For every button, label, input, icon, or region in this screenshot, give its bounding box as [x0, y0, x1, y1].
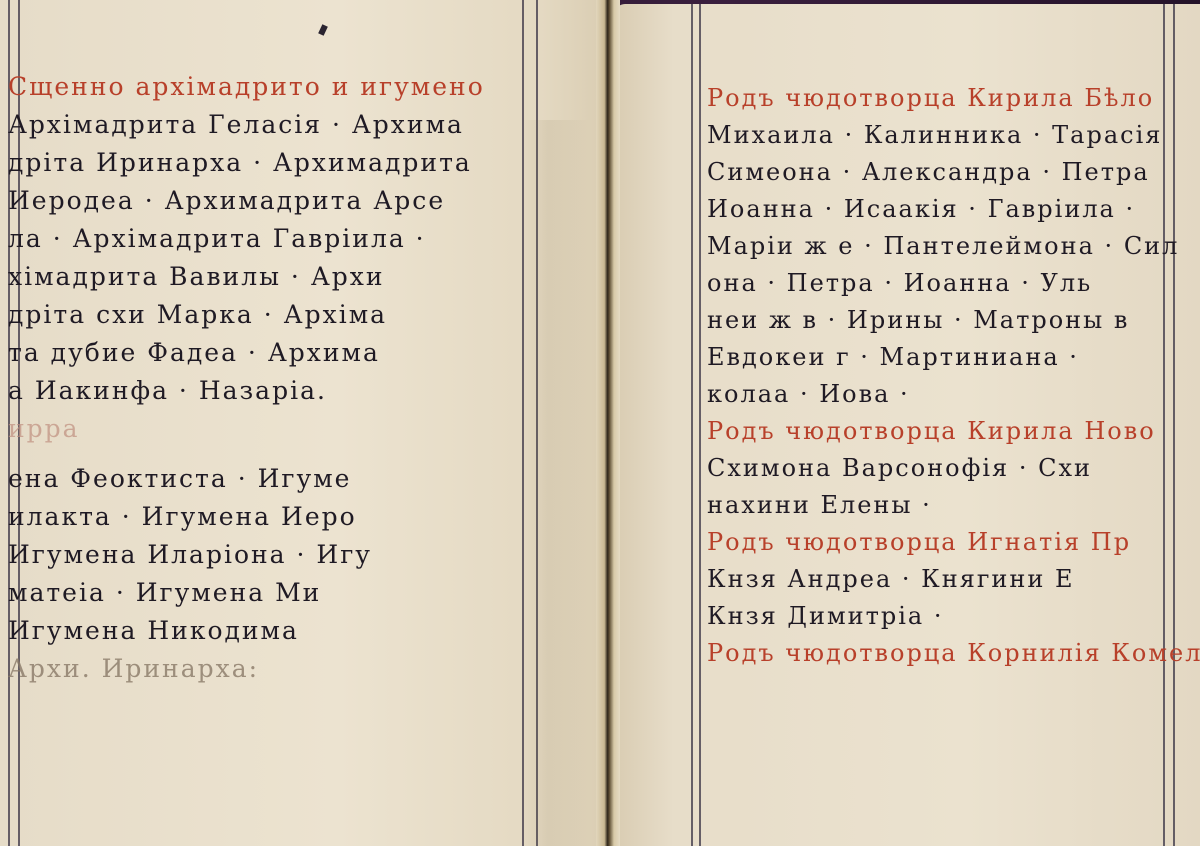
text-line: хімадрита Вавилы · Архи [8, 258, 518, 296]
text-line: Схимона Варсонофія · Схи [707, 450, 1200, 487]
left-margin-rule [691, 4, 693, 846]
text-line: нахини Елены · [707, 487, 1200, 524]
text-line: Евдокеи г · Мартиниана · [707, 339, 1200, 376]
text-line: матеіа · Игумена Ми [8, 574, 518, 612]
text-line: ена Феоктиста · Игуме [8, 460, 518, 498]
text-line: Михаила · Калинника · Тарасія [707, 117, 1200, 154]
text-line: та дубие Фадеа · Архима [8, 334, 518, 372]
text-line: Иеродеа · Архимадрита Арсе [8, 182, 518, 220]
rubric-line: Родъ чюдотворца Кирила Бѣло [707, 80, 1200, 117]
right-page-text: Родъ чюдотворца Кирила БѣлоМихаила · Кал… [707, 80, 1200, 672]
text-line: Симеона · Александра · Петра [707, 154, 1200, 191]
rubric-line: Сщенно архімадрито и игумено [8, 68, 518, 106]
ink-blot [318, 24, 328, 36]
left-margin-rule-inner [699, 4, 701, 846]
text-line: Игумена Никодима [8, 612, 518, 650]
text-line: Кнзя Димитріа · [707, 598, 1200, 635]
book-spine-gutter [596, 0, 620, 846]
right-manuscript-page: Родъ чюдотворца Кирила БѣлоМихаила · Кал… [615, 4, 1200, 846]
text-line: а Иакинфа · Назаріа. [8, 372, 518, 410]
text-line: Архімадрита Геласія · Архима [8, 106, 518, 144]
text-line: Маріи ж е · Пантелеймона · Сил [707, 228, 1200, 265]
text-line: илакта · Игумена Иеро [8, 498, 518, 536]
rubric-line: Родъ чюдотворца Кирила Ново [707, 413, 1200, 450]
text-line: ирра [8, 410, 518, 448]
text-line: дріта Иринарха · Архимадрита [8, 144, 518, 182]
left-page-text: Сщенно архімадрито и игуменоАрхімадрита … [8, 68, 518, 688]
line-gap [8, 448, 518, 460]
text-line: Кнзя Андреа · Княгини Е [707, 561, 1200, 598]
page-crease [520, 120, 590, 846]
left-manuscript-page: Сщенно архімадрито и игуменоАрхімадрита … [0, 0, 615, 846]
rubric-line: Родъ чюдотворца Игнатія Пр [707, 524, 1200, 561]
text-line: колаа · Иова · [707, 376, 1200, 413]
text-line: Иоанна · Исаакія · Гавріила · [707, 191, 1200, 228]
text-line: неи ж в · Ирины · Матроны в [707, 302, 1200, 339]
text-line: она · Петра · Иоанна · Уль [707, 265, 1200, 302]
text-line: дріта схи Марка · Архіма [8, 296, 518, 334]
text-line: ла · Архімадрита Гавріила · [8, 220, 518, 258]
rubric-line: Родъ чюдотворца Корнилія Комел [707, 635, 1200, 672]
text-line: Архи. Иринарха: [8, 650, 518, 688]
text-line: Игумена Иларіона · Игу [8, 536, 518, 574]
